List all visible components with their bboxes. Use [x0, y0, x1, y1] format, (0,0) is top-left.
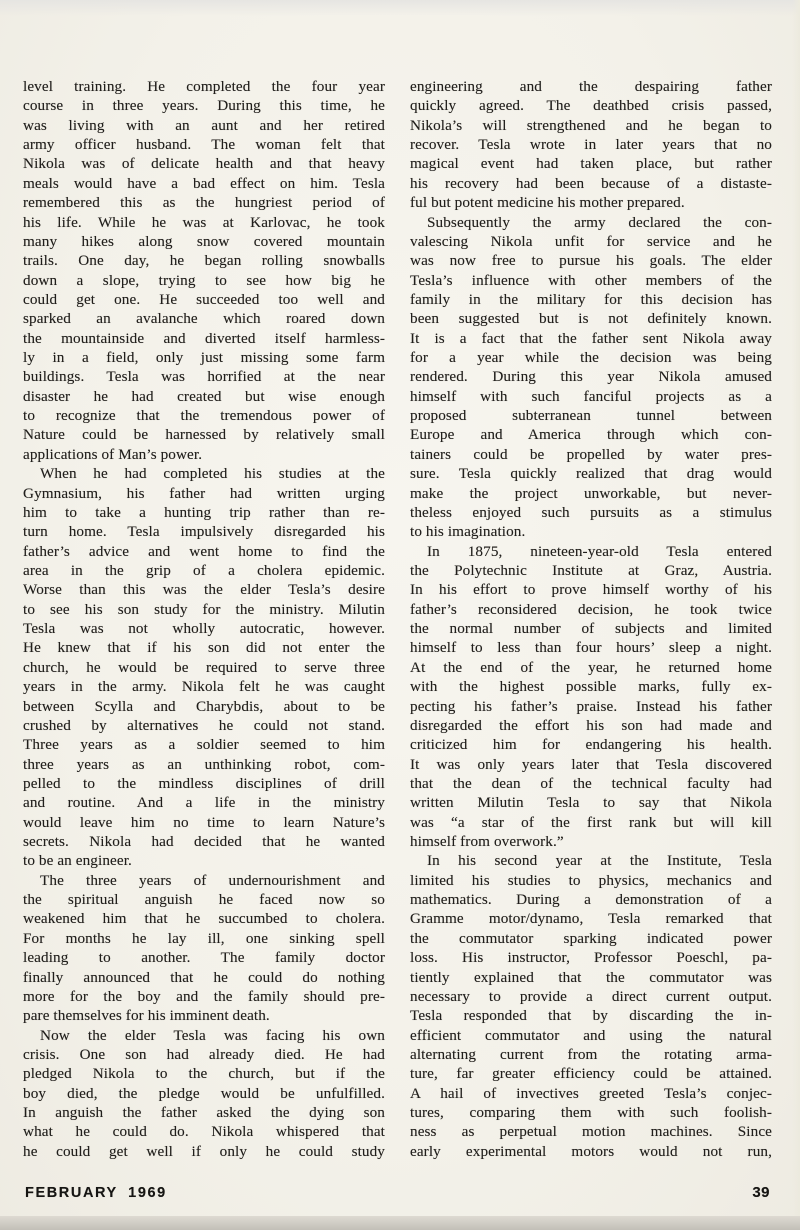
- text-column-left: level training. He completed the four ye…: [23, 77, 385, 1161]
- footer-issue-date: FEBRUARY 1969: [25, 1185, 167, 1201]
- text-line: the mountainside and diverted itself har…: [23, 329, 385, 348]
- text-line: what he could do. Nikola whispered that: [23, 1122, 385, 1141]
- text-line: would leave him no time to learn Nature’…: [23, 813, 385, 832]
- text-line: to recognize that the tremendous power o…: [23, 406, 385, 425]
- text-line: Subsequently the army declared the con-: [410, 213, 772, 232]
- text-line: for a year while the decision was being: [410, 348, 772, 367]
- text-line: sparked an avalanche which roared down: [23, 309, 385, 328]
- text-line: secrets. Nikola had decided that he want…: [23, 832, 385, 851]
- text-line: Gramme motor/dynamo, Tesla remarked that: [410, 909, 772, 928]
- text-line: trails. One day, he began rolling snowba…: [23, 251, 385, 270]
- text-line: Nikola was of delicate health and that h…: [23, 154, 385, 173]
- text-line: limited his studies to physics, mechanic…: [410, 871, 772, 890]
- text-line: with the highest possible marks, fully e…: [410, 677, 772, 696]
- text-line: father’s advice and went home to find th…: [23, 542, 385, 561]
- text-line: A hail of invectives greeted Tesla’s con…: [410, 1084, 772, 1103]
- text-line: more for the boy and the family should p…: [23, 987, 385, 1006]
- text-line: Tesla was not wholly autocratic, however…: [23, 619, 385, 638]
- text-line: In anguish the father asked the dying so…: [23, 1103, 385, 1122]
- text-line: theless enjoyed such pursuits as a stimu…: [410, 503, 772, 522]
- text-line: army officer husband. The woman felt tha…: [23, 135, 385, 154]
- text-line: weakened him that he succumbed to choler…: [23, 909, 385, 928]
- text-line: and routine. And a life in the ministry: [23, 793, 385, 812]
- scan-edge-top: [0, 0, 800, 16]
- text-line: many hikes along snow covered mountain: [23, 232, 385, 251]
- text-line: alternating current from the rotating ar…: [410, 1045, 772, 1064]
- article-body: level training. He completed the four ye…: [23, 77, 772, 1161]
- text-line: Worse than this was the elder Tesla’s de…: [23, 580, 385, 599]
- text-line: buildings. Tesla was horrified at the ne…: [23, 367, 385, 386]
- text-line: himself with such fanciful projects as a: [410, 387, 772, 406]
- text-line: valescing Nikola unfit for service and h…: [410, 232, 772, 251]
- text-line: area in the grip of a cholera epidemic.: [23, 561, 385, 580]
- text-line: Tesla responded that by discarding the i…: [410, 1006, 772, 1025]
- text-line: disregarded the effort his son had made …: [410, 716, 772, 735]
- text-line: Tesla’s influence with other members of …: [410, 271, 772, 290]
- scan-edge-right: [792, 0, 800, 1230]
- text-line: In 1875, nineteen-year-old Tesla entered: [410, 542, 772, 561]
- text-line: tainers could be propelled by water pres…: [410, 445, 772, 464]
- text-line: When he had completed his studies at the: [23, 464, 385, 483]
- text-line: level training. He completed the four ye…: [23, 77, 385, 96]
- text-line: him to take a hunting trip rather than r…: [23, 503, 385, 522]
- text-line: himself to less than four hours’ sleep a…: [410, 638, 772, 657]
- text-line: crushed by alternatives he could not sta…: [23, 716, 385, 735]
- text-line: Nikola’s will strengthened and he began …: [410, 116, 772, 135]
- text-line: course in three years. During this time,…: [23, 96, 385, 115]
- text-line: ful but potent medicine his mother prepa…: [410, 193, 772, 212]
- text-line: mathematics. During a demonstration of a: [410, 890, 772, 909]
- scan-edge-bottom: [0, 1216, 800, 1230]
- text-line: proposed subterranean tunnel between: [410, 406, 772, 425]
- text-line: to see his son study for the ministry. M…: [23, 600, 385, 619]
- text-line: In his second year at the Institute, Tes…: [410, 851, 772, 870]
- text-line: was living with an aunt and her retired: [23, 116, 385, 135]
- page-footer: FEBRUARY 1969 39: [25, 1184, 770, 1201]
- text-line: the Polytechnic Institute at Graz, Austr…: [410, 561, 772, 580]
- text-line: disaster he had created but wise enough: [23, 387, 385, 406]
- text-line: He knew that if his son did not enter th…: [23, 638, 385, 657]
- text-line: pelled to the mindless disciplines of dr…: [23, 774, 385, 793]
- magazine-page: level training. He completed the four ye…: [0, 0, 800, 1230]
- text-line: to be an engineer.: [23, 851, 385, 870]
- text-line: Now the elder Tesla was facing his own: [23, 1026, 385, 1045]
- text-line: crisis. One son had already died. He had: [23, 1045, 385, 1064]
- text-line: was “a star of the first rank but will k…: [410, 813, 772, 832]
- text-line: ly in a field, only just missing some fa…: [23, 348, 385, 367]
- text-line: the normal number of subjects and limite…: [410, 619, 772, 638]
- text-line: engineering and the despairing father: [410, 77, 772, 96]
- text-line: The three years of undernourishment and: [23, 871, 385, 890]
- text-line: his recovery had been because of a dista…: [410, 174, 772, 193]
- text-line: pecting his father’s praise. Instead his…: [410, 697, 772, 716]
- text-column-right: engineering and the despairing fatherqui…: [410, 77, 772, 1161]
- text-line: the commutator sparking indicated power: [410, 929, 772, 948]
- text-line: tiently explained that the commutator wa…: [410, 968, 772, 987]
- text-line: between Scylla and Charybdis, about to b…: [23, 697, 385, 716]
- text-line: his life. While he was at Karlovac, he t…: [23, 213, 385, 232]
- text-line: that the dean of the technical faculty h…: [410, 774, 772, 793]
- text-line: efficient commutator and using the natur…: [410, 1026, 772, 1045]
- text-line: pare themselves for his imminent death.: [23, 1006, 385, 1025]
- text-line: It is a fact that the father sent Nikola…: [410, 329, 772, 348]
- text-line: he could get well if only he could study: [23, 1142, 385, 1161]
- text-line: pledged Nikola to the church, but if the: [23, 1064, 385, 1083]
- text-line: make the project unworkable, but never-: [410, 484, 772, 503]
- text-line: written Milutin Tesla to say that Nikola: [410, 793, 772, 812]
- text-line: years in the army. Nikola felt he was ca…: [23, 677, 385, 696]
- text-line: sure. Tesla quickly realized that drag w…: [410, 464, 772, 483]
- text-line: himself from overwork.”: [410, 832, 772, 851]
- text-line: church, he would be required to serve th…: [23, 658, 385, 677]
- text-line: magical event had taken place, but rathe…: [410, 154, 772, 173]
- text-line: to his imagination.: [410, 522, 772, 541]
- text-line: recover. Tesla wrote in later years that…: [410, 135, 772, 154]
- text-line: It was only years later that Tesla disco…: [410, 755, 772, 774]
- text-line: tures, comparing them with such foolish-: [410, 1103, 772, 1122]
- text-line: remembered this as the hungriest period …: [23, 193, 385, 212]
- text-line: three years as an unthinking robot, com-: [23, 755, 385, 774]
- text-line: father’s reconsidered decision, he took …: [410, 600, 772, 619]
- text-line: early experimental motors would not run,: [410, 1142, 772, 1161]
- text-line: down a slope, trying to see how big he: [23, 271, 385, 290]
- text-line: necessary to provide a direct current ou…: [410, 987, 772, 1006]
- text-line: ness as perpetual motion machines. Since: [410, 1122, 772, 1141]
- text-line: leading to another. The family doctor: [23, 948, 385, 967]
- text-line: Nature could be harnessed by relatively …: [23, 425, 385, 444]
- text-line: could get one. He succeeded too well and: [23, 290, 385, 309]
- text-line: applications of Man’s power.: [23, 445, 385, 464]
- text-line: rendered. During this year Nikola amused: [410, 367, 772, 386]
- text-line: ture, far greater efficiency could be at…: [410, 1064, 772, 1083]
- text-line: Europe and America through which con-: [410, 425, 772, 444]
- text-line: the spiritual anguish he faced now so: [23, 890, 385, 909]
- text-line: quickly agreed. The deathbed crisis pass…: [410, 96, 772, 115]
- text-line: meals would have a bad effect on him. Te…: [23, 174, 385, 193]
- text-line: turn home. Tesla impulsively disregarded…: [23, 522, 385, 541]
- text-line: was now free to pursue his goals. The el…: [410, 251, 772, 270]
- text-line: boy died, the pledge would be unfulfille…: [23, 1084, 385, 1103]
- text-line: finally announced that he could do nothi…: [23, 968, 385, 987]
- text-line: been suggested but is not definitely kno…: [410, 309, 772, 328]
- text-line: Gymnasium, his father had written urging: [23, 484, 385, 503]
- text-line: Three years as a soldier seemed to him: [23, 735, 385, 754]
- footer-page-number: 39: [752, 1184, 770, 1201]
- text-line: criticized him for endangering his healt…: [410, 735, 772, 754]
- text-line: In his effort to prove himself worthy of…: [410, 580, 772, 599]
- text-line: loss. His instructor, Professor Poeschl,…: [410, 948, 772, 967]
- text-line: For months he lay ill, one sinking spell: [23, 929, 385, 948]
- text-line: family in the military for this decision…: [410, 290, 772, 309]
- text-line: At the end of the year, he returned home: [410, 658, 772, 677]
